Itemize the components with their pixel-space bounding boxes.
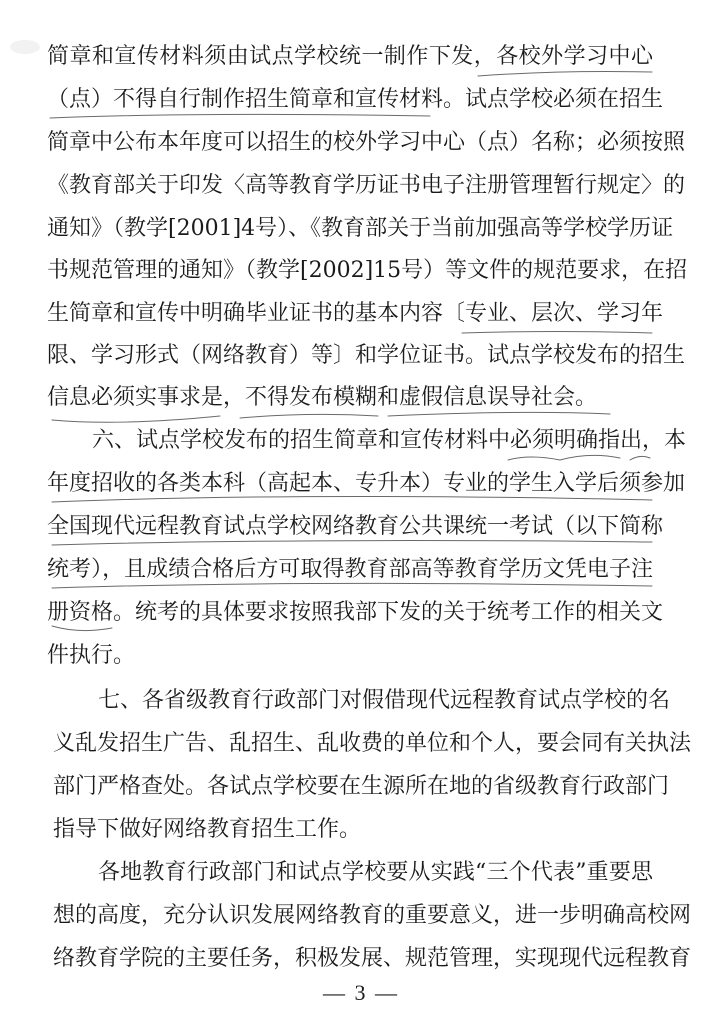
document-page: 简章和宣传材料须由试点学校统一制作下发，各校外学习中心 （点）不得自行制作招生简…: [0, 0, 722, 1026]
text-line: 义乱发招生广告、乱招生、乱收费的单位和个人，要会同有关执法: [53, 729, 653, 759]
text-line: 络教育学院的主要任务，积极发展、规范管理，实现现代远程教育: [53, 944, 653, 974]
text-line: 七、各省级教育行政部门对假借现代远程教育试点学校的名: [98, 686, 653, 716]
text-line: 各地教育行政部门和试点学校要从实践“三个代表”重要思: [98, 858, 653, 888]
text-line: 指导下做好网络教育招生工作。: [53, 815, 361, 845]
text-line: 件执行。: [47, 641, 135, 671]
text-line: 信息必须实事求是，不得发布模糊和虚假信息误导社会。: [47, 383, 597, 413]
text-line: 通知》（教学[2001]4号）、《教育部关于当前加强高等学校学历证: [47, 214, 653, 244]
text-line: 简章和宣传材料须由试点学校统一制作下发，各校外学习中心: [47, 42, 653, 72]
text-line: （点）不得自行制作招生简章和宣传材料。试点学校必须在招生: [47, 85, 653, 115]
text-line: 《教育部关于印发〈高等教育学历证书电子注册管理暂行规定〉的: [47, 171, 653, 201]
text-line: 限、学习形式（网络教育）等〕和学位证书。试点学校发布的招生: [47, 341, 653, 371]
page-number: — 3 —: [0, 980, 722, 1006]
scan-speck: [10, 40, 40, 54]
text-line: 年度招收的各类本科（高起本、专升本）专业的学生入学后须参加: [47, 469, 653, 499]
text-line: 书规范管理的通知》（教学[2002]15号）等文件的规范要求，在招: [47, 256, 653, 286]
text-line: 想的高度，充分认识发展网络教育的重要意义，进一步明确高校网: [53, 901, 653, 931]
text-line: 六、试点学校发布的招生简章和宣传材料中必须明确指出，本: [92, 426, 653, 456]
text-line: 简章中公布本年度可以招生的校外学习中心（点）名称；必须按照: [47, 128, 653, 158]
text-line: 部门严格查处。各试点学校要在生源所在地的省级教育行政部门: [53, 772, 653, 802]
text-line: 全国现代远程教育试点学校网络教育公共课统一考试（以下简称: [47, 512, 653, 542]
text-line: 统考），且成绩合格后方可取得教育部高等教育学历文凭电子注: [47, 555, 653, 585]
text-line: 册资格。统考的具体要求按照我部下发的关于统考工作的相关文: [47, 598, 653, 628]
text-line: 生简章和宣传中明确毕业证书的基本内容〔专业、层次、学习年: [47, 299, 653, 329]
